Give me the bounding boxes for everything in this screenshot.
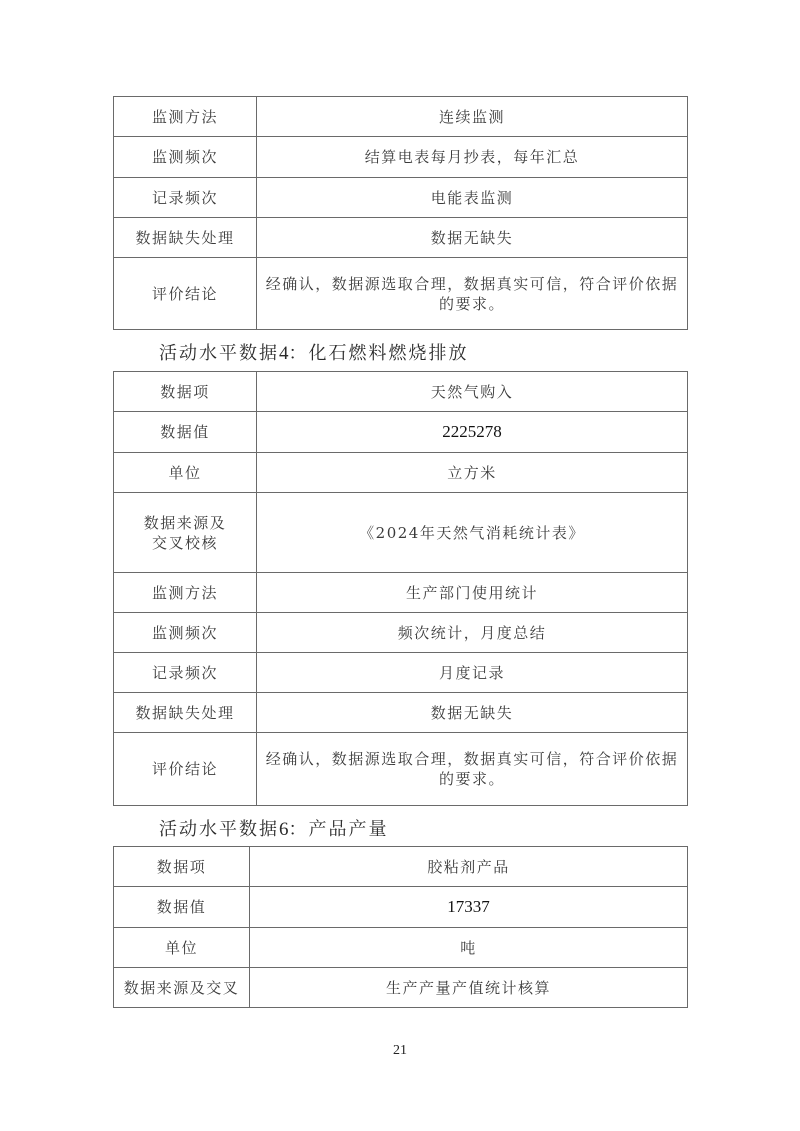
label-line-1: 数据来源及 [120,513,250,533]
row-label: 评价结论 [114,258,257,330]
table-row: 监测频次 结算电表每月抄表，每年汇总 [114,137,688,178]
row-label: 记录频次 [114,653,257,693]
evaluation-conclusion: 经确认，数据源选取合理，数据真实可信，符合评价依据的要求。 [257,733,688,806]
table-row: 数据来源及 交叉校核 《2024年天然气消耗统计表》 [114,493,688,573]
section-heading-product-output: 活动水平数据6：产品产量 [159,815,389,841]
table-row: 数据值 17337 [114,887,688,928]
table-row: 单位 吨 [114,928,688,968]
product-output-data-table: 数据项 胶粘剂产品 数据值 17337 单位 吨 数据来源及交叉 生产产量产值统… [113,846,688,1008]
row-value: 连续监测 [257,97,688,137]
row-label: 数据来源及交叉 [114,968,250,1008]
table-row: 记录频次 月度记录 [114,653,688,693]
row-value: 天然气购入 [257,372,688,412]
row-label: 监测方法 [114,97,257,137]
row-label: 数据值 [114,412,257,453]
data-value: 2225278 [257,412,688,453]
natural-gas-data-table: 数据项 天然气购入 数据值 2225278 单位 立方米 数据来源及 交叉校核 … [113,371,688,806]
row-label: 数据缺失处理 [114,218,257,258]
table-row: 评价结论 经确认，数据源选取合理，数据真实可信，符合评价依据的要求。 [114,733,688,806]
row-label: 数据缺失处理 [114,693,257,733]
heading-suffix: ：化石燃料燃烧排放 [289,343,469,364]
document-page: 监测方法 连续监测 监测频次 结算电表每月抄表，每年汇总 记录频次 电能表监测 … [0,0,800,1131]
row-label: 数据值 [114,887,250,928]
row-value: 结算电表每月抄表，每年汇总 [257,137,688,178]
row-label: 数据项 [114,372,257,412]
row-value: 电能表监测 [257,178,688,218]
table-row: 数据项 胶粘剂产品 [114,847,688,887]
row-value: 生产产量产值统计核算 [250,968,688,1008]
table-row: 记录频次 电能表监测 [114,178,688,218]
heading-number: 4 [279,343,289,364]
data-value: 17337 [250,887,688,928]
table-row: 数据值 2225278 [114,412,688,453]
row-label: 评价结论 [114,733,257,806]
row-label: 监测频次 [114,613,257,653]
page-number: 21 [0,1043,800,1059]
heading-prefix: 活动水平数据 [159,819,279,840]
table-row: 数据来源及交叉 生产产量产值统计核算 [114,968,688,1008]
heading-number: 6 [279,819,289,840]
data-source: 《2024年天然气消耗统计表》 [257,493,688,573]
row-label: 数据项 [114,847,250,887]
electricity-data-table: 监测方法 连续监测 监测频次 结算电表每月抄表，每年汇总 记录频次 电能表监测 … [113,96,688,330]
row-label: 数据来源及 交叉校核 [114,493,257,573]
row-value: 频次统计，月度总结 [257,613,688,653]
row-label: 单位 [114,453,257,493]
heading-prefix: 活动水平数据 [159,343,279,364]
label-line-2: 交叉校核 [120,533,250,553]
heading-suffix: ：产品产量 [289,819,389,840]
table-row: 监测方法 连续监测 [114,97,688,137]
row-value: 数据无缺失 [257,693,688,733]
row-value: 数据无缺失 [257,218,688,258]
table-row: 数据缺失处理 数据无缺失 [114,218,688,258]
table-row: 单位 立方米 [114,453,688,493]
row-label: 单位 [114,928,250,968]
section-heading-fossil-fuel: 活动水平数据4：化石燃料燃烧排放 [159,339,469,365]
row-label: 监测方法 [114,573,257,613]
evaluation-conclusion: 经确认，数据源选取合理，数据真实可信，符合评价依据的要求。 [257,258,688,330]
row-value: 生产部门使用统计 [257,573,688,613]
row-label: 监测频次 [114,137,257,178]
row-value: 胶粘剂产品 [250,847,688,887]
row-value: 立方米 [257,453,688,493]
row-value: 月度记录 [257,653,688,693]
row-value: 吨 [250,928,688,968]
table-row: 数据缺失处理 数据无缺失 [114,693,688,733]
row-label: 记录频次 [114,178,257,218]
table-row: 监测频次 频次统计，月度总结 [114,613,688,653]
table-row: 监测方法 生产部门使用统计 [114,573,688,613]
table-row: 评价结论 经确认，数据源选取合理，数据真实可信，符合评价依据的要求。 [114,258,688,330]
table-row: 数据项 天然气购入 [114,372,688,412]
